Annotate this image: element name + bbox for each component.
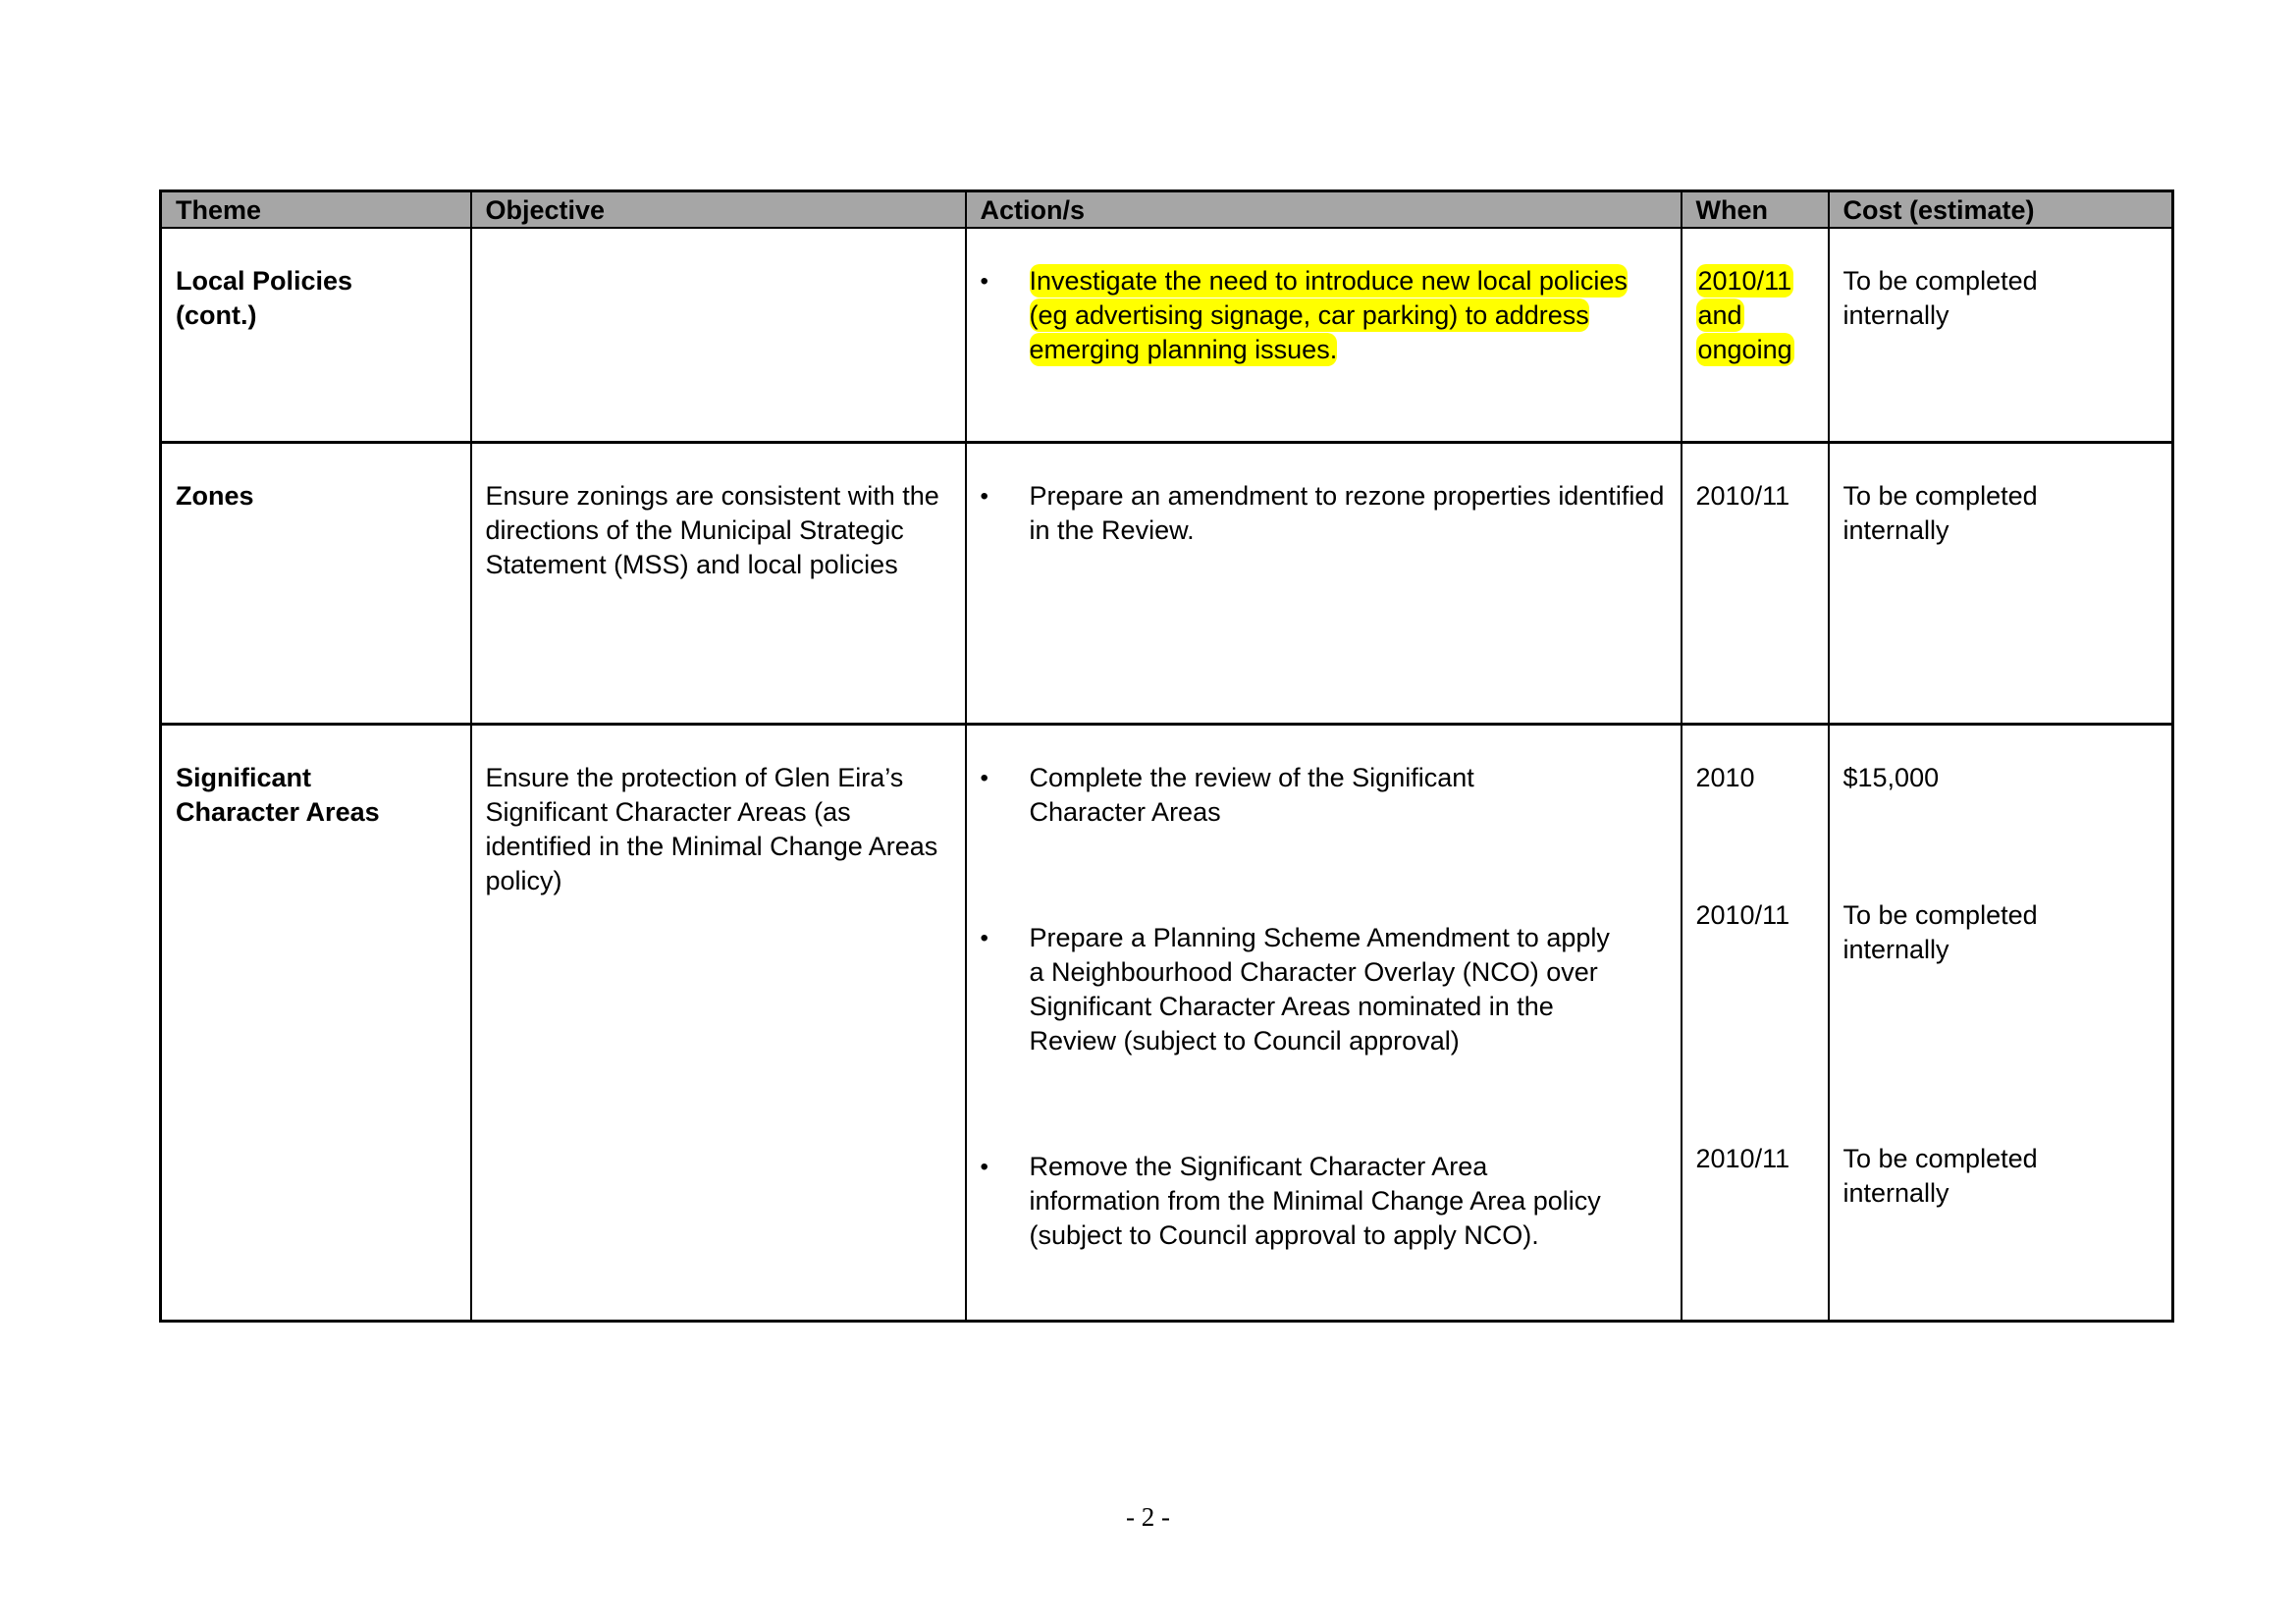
cost-cell: $15,000 To be completed internally To be… (1829, 725, 2173, 1322)
theme-cell: Zones (161, 443, 471, 725)
action-text: Complete the review of the Significant C… (1030, 761, 1579, 830)
when-cell: 2010/11 and ongoing (1682, 228, 1829, 443)
bullet-icon: • (981, 921, 988, 955)
table-row: Significant Character Areas Ensure the p… (161, 725, 2173, 1322)
table-row: Zones Ensure zonings are consistent with… (161, 443, 2173, 725)
objective-cell (471, 228, 966, 443)
table-header-row: Theme Objective Action/s When Cost (esti… (161, 191, 2173, 229)
theme-cell: Significant Character Areas (161, 725, 471, 1322)
when-text: 2010 (1696, 761, 1814, 795)
cost-text: To be completed internally (1843, 479, 2069, 548)
header-objective: Objective (471, 191, 966, 229)
action-text: Prepare a Planning Scheme Amendment to a… (1030, 921, 1629, 1058)
action-item: • Remove the Significant Character Area … (981, 1150, 1667, 1253)
action-text: Prepare an amendment to rezone propertie… (1030, 481, 1665, 545)
cost-text: To be completed internally (1843, 898, 2069, 967)
objective-cell: Ensure the protection of Glen Eira’s Sig… (471, 725, 966, 1322)
when-text-highlighted: 2010/11 and ongoing (1696, 264, 1794, 366)
cost-cell: To be completed internally (1829, 443, 2173, 725)
cost-text: To be completed internally (1843, 1142, 2069, 1211)
action-item: • Investigate the need to introduce new … (981, 264, 1667, 367)
table-row: Local Policies (cont.) • Investigate the… (161, 228, 2173, 443)
bullet-icon: • (981, 479, 988, 514)
bullet-icon: • (981, 761, 988, 795)
cost-cell: To be completed internally (1829, 228, 2173, 443)
when-cell: 2010/11 (1682, 443, 1829, 725)
action-item: • Prepare a Planning Scheme Amendment to… (981, 921, 1667, 1058)
action-item: • Prepare an amendment to rezone propert… (981, 479, 1667, 548)
when-text: 2010/11 (1696, 1142, 1814, 1176)
header-actions: Action/s (966, 191, 1682, 229)
objective-cell: Ensure zonings are consistent with the d… (471, 443, 966, 725)
when-cell: 2010 2010/11 2010/11 (1682, 725, 1829, 1322)
theme-text: Significant Character Areas (176, 761, 421, 830)
page-number: - 2 - (0, 1502, 2296, 1533)
actions-cell: • Investigate the need to introduce new … (966, 228, 1682, 443)
bullet-icon: • (981, 264, 988, 298)
header-when: When (1682, 191, 1829, 229)
action-text-highlighted: Investigate the need to introduce new lo… (1030, 264, 1628, 366)
theme-cell: Local Policies (cont.) (161, 228, 471, 443)
header-cost: Cost (estimate) (1829, 191, 2173, 229)
bullet-icon: • (981, 1150, 988, 1184)
actions-cell: • Prepare an amendment to rezone propert… (966, 443, 1682, 725)
header-theme: Theme (161, 191, 471, 229)
actions-cell: • Complete the review of the Significant… (966, 725, 1682, 1322)
action-text: Remove the Significant Character Area in… (1030, 1150, 1619, 1253)
cost-text: To be completed internally (1843, 264, 2069, 333)
cost-text: $15,000 (1843, 761, 2159, 795)
action-plan-table: Theme Objective Action/s When Cost (esti… (159, 189, 2174, 1323)
theme-text: Local Policies (cont.) (176, 264, 372, 333)
when-text: 2010/11 (1696, 898, 1814, 933)
action-item: • Complete the review of the Significant… (981, 761, 1667, 830)
